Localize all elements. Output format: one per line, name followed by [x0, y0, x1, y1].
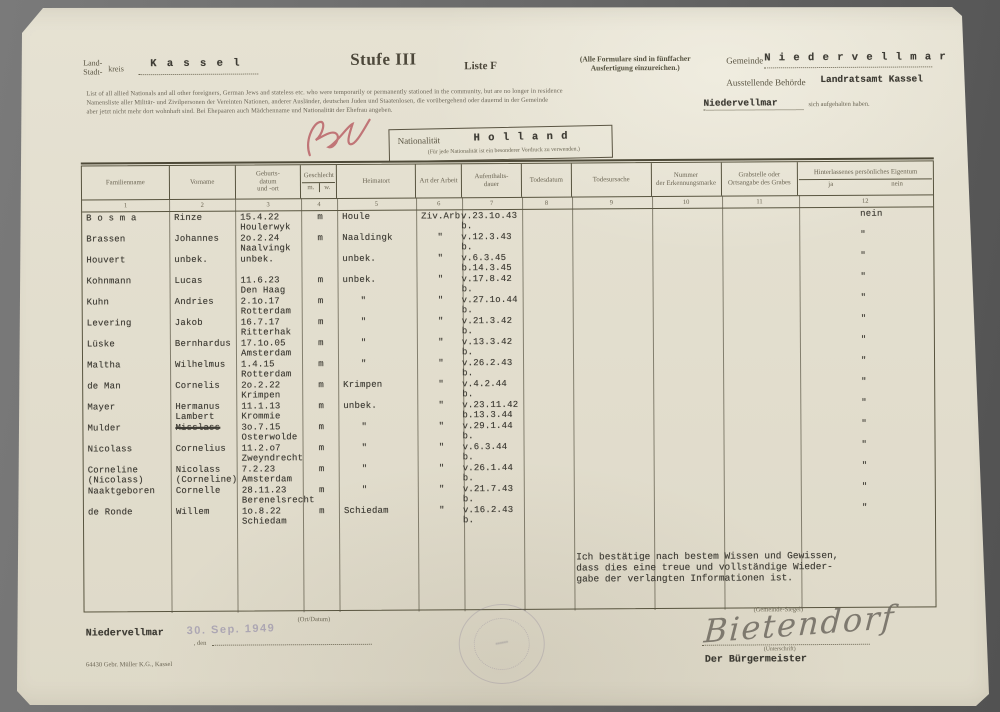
form-title-stufe: Stufe III	[350, 50, 416, 70]
table-header-row: FamiliennameVornameGeburts- datum und -o…	[82, 161, 933, 200]
cell-home: Houle	[338, 211, 417, 232]
cell-birth: 11.2.o7 Zweyndrecht	[238, 442, 304, 463]
cell-given: Wilhelmus	[171, 359, 237, 380]
cell-birth: 16.7.17 Ritterhak	[237, 316, 303, 337]
signer-title: Der Bürgermeister	[705, 654, 807, 666]
cell-surname: Corneline (Nicolass)	[84, 464, 172, 486]
cell-work: "	[417, 273, 463, 294]
col-number: 3	[236, 199, 302, 210]
cell-death-date	[522, 336, 572, 357]
cell-home: "	[340, 462, 419, 483]
col-header-sub-label: w.	[324, 184, 330, 192]
col-number: 12	[798, 195, 933, 207]
col-number: 8	[522, 198, 572, 209]
cell-grave	[721, 271, 798, 292]
col-header-label: Geschlecht	[304, 172, 334, 180]
col-header-death-cause: Todesursache	[572, 163, 652, 196]
document-content: Land- Stadt- kreis K a s s e l Stufe III…	[0, 0, 1000, 712]
cell-given: Cornelis	[171, 380, 237, 401]
col-header-given: Vorname	[170, 166, 236, 199]
col-header-label: Grabstelle oder Ortsangabe des Grabes	[728, 171, 791, 187]
cell-death-date	[522, 399, 572, 420]
cell-given: Jakob	[171, 317, 237, 338]
col-header-label: Heimatort	[362, 177, 390, 185]
cell-work: "	[418, 294, 464, 315]
col-header-label: Todesursache	[593, 176, 630, 184]
cell-home: "	[339, 420, 418, 441]
cell-death-cause	[573, 482, 653, 503]
cell-death-cause	[572, 377, 652, 398]
cell-given: Nicolass (Corneline)	[172, 464, 238, 485]
cell-property: "	[800, 501, 935, 523]
cell-home: "	[339, 358, 418, 379]
cell-surname: Kohnmann	[83, 275, 171, 297]
cell-sex: m	[302, 232, 338, 253]
cell-work: "	[419, 483, 465, 504]
cell-sex: m	[304, 442, 340, 463]
ort-datum-label: (Ort/Datum)	[298, 616, 331, 623]
kreis-label-land: Land-	[83, 58, 102, 67]
cell-grave	[722, 292, 799, 313]
cell-given: Andries	[171, 296, 237, 317]
nationality-label: Nationalität	[398, 135, 441, 146]
col-header-work: Art der Arbeit	[416, 164, 462, 197]
cell-surname: B o s m a	[82, 212, 170, 234]
cell-given: Bernhardus	[171, 338, 237, 359]
cell-grave	[723, 439, 800, 460]
col-number: 2	[170, 200, 236, 211]
cell-grave	[721, 250, 798, 271]
cell-tag-number	[652, 293, 722, 314]
cell-stay: v.29.1.44 b.	[462, 420, 522, 441]
cell-death-date	[521, 273, 571, 294]
kreis-suffix: kreis	[108, 64, 124, 73]
cell-death-cause	[572, 356, 652, 377]
cell-sex: m	[303, 358, 339, 379]
cell-property: "	[799, 312, 934, 334]
cell-sex: m	[302, 211, 338, 232]
kreis-value: K a s s e l	[150, 58, 241, 71]
cell-home: "	[339, 295, 418, 316]
cell-grave	[722, 418, 799, 439]
cell-surname: Levering	[83, 317, 171, 339]
cell-birth: 28.11.23 Berenelsrecht	[238, 484, 304, 505]
cell-tag-number	[653, 503, 723, 524]
den-label: , den	[194, 640, 207, 647]
col-header-sub: janein	[799, 178, 932, 188]
cell-death-date	[522, 357, 572, 378]
cell-stay: v.6.3.44 b.	[463, 441, 523, 462]
cell-death-date	[523, 441, 573, 462]
cell-stay: v.16.2.43 b.	[463, 504, 523, 525]
gemeinde-value: N i e d e r v e l l m a r	[764, 51, 947, 64]
cell-birth: 3o.7.15 Osterwolde	[237, 421, 303, 442]
nationality-value: H o l l a n d	[473, 131, 568, 145]
cell-grave	[722, 334, 799, 355]
cell-sex: m	[303, 379, 339, 400]
ort-line-value: Niedervellmar	[703, 97, 777, 108]
cell-tag-number	[652, 314, 722, 335]
cell-property: "	[799, 396, 934, 418]
cell-death-cause	[572, 293, 652, 314]
cell-work: "	[419, 504, 465, 525]
cell-grave	[723, 481, 800, 502]
cell-stay: v.21.3.42 b.	[462, 315, 522, 336]
cell-home: Krimpen	[339, 379, 418, 400]
cell-grave	[723, 460, 800, 481]
cell-stay: v.13.3.42 b.	[462, 336, 522, 357]
col-number: 5	[337, 199, 416, 210]
cell-death-date	[523, 483, 573, 504]
cell-sex	[302, 253, 338, 274]
cell-given: Willem	[172, 506, 238, 527]
cell-death-date	[522, 378, 572, 399]
cell-birth: 1o.8.22 Schiedam	[238, 505, 304, 526]
cell-given: Cornelle	[172, 485, 238, 506]
cell-grave	[721, 208, 798, 229]
nationality-box: Nationalität H o l l a n d (Für jede Nat…	[388, 125, 613, 162]
form-title-liste: Liste F	[464, 60, 497, 72]
cell-work: "	[417, 252, 463, 273]
official-seal-inner: ••••••	[474, 618, 530, 670]
cell-tag-number	[651, 272, 721, 293]
cell-property: "	[798, 249, 933, 271]
cell-given: Hermanus Lambert	[171, 401, 237, 422]
cell-tag-number	[651, 209, 721, 230]
col-header-label: Art der Arbeit	[419, 177, 457, 185]
cell-tag-number	[651, 251, 721, 272]
cell-stay: v.26.1.44 b.	[463, 462, 523, 483]
cell-stay: v.23.1o.43 b.	[461, 210, 521, 231]
col-header-sex: Geschlechtm.w.	[301, 165, 337, 198]
cell-grave	[722, 397, 799, 418]
cell-death-cause	[572, 398, 652, 419]
cell-stay: v.26.2.43 b.	[462, 357, 522, 378]
cell-tag-number	[652, 356, 722, 377]
col-header-label: Geburts- datum und -ort	[256, 170, 280, 193]
col-header-stay: Aufenthalts- dauer	[462, 164, 522, 197]
col-header-surname: Familienname	[82, 166, 170, 200]
col-number: 9	[572, 197, 652, 208]
col-number: 10	[652, 197, 722, 208]
cell-birth: 1.4.15 Rotterdam	[237, 358, 303, 379]
copies-notice-line1: (Alle Formulare sind in fünffacher	[560, 54, 710, 64]
cell-sex: m	[304, 484, 340, 505]
cell-property: "	[798, 228, 933, 250]
cell-home: unbek.	[338, 274, 417, 295]
cell-birth: 2o.2.24 Naalvingk	[236, 232, 302, 253]
cell-birth: 2.1o.17 Rotterdam	[237, 295, 303, 316]
cell-given: Rinze	[170, 212, 236, 233]
cell-work: "	[419, 462, 465, 483]
cell-birth: 17.1o.05 Amsterdam	[237, 337, 303, 358]
col-header-label: Aufenthalts- dauer	[474, 173, 508, 188]
col-header-birth: Geburts- datum und -ort	[235, 165, 301, 198]
cell-work: "	[418, 378, 464, 399]
cell-tag-number	[653, 440, 723, 461]
cell-surname: Maltha	[83, 359, 171, 381]
col-header-property: Hinterlassenes persönliches Eigentumjane…	[798, 161, 933, 195]
cell-sex: m	[303, 400, 339, 421]
cell-property: nein	[798, 207, 933, 229]
col-header-death-date: Todesdatum	[522, 164, 572, 197]
cell-stay: v.23.11.42 b.13.3.44	[462, 399, 522, 420]
gemeinde-underline	[764, 66, 932, 68]
cell-tag-number	[652, 398, 722, 419]
cell-death-date	[521, 210, 571, 231]
cell-surname: de Ronde	[84, 506, 172, 528]
cell-surname: Brassen	[82, 233, 170, 255]
cell-home: "	[340, 483, 419, 504]
cell-given: Johannes	[170, 233, 236, 254]
cell-tag-number	[652, 377, 722, 398]
cell-grave	[722, 355, 799, 376]
cell-surname: Naaktgeboren	[84, 485, 172, 507]
cell-death-date	[523, 504, 573, 525]
cell-stay: v.12.3.43 b.	[461, 231, 521, 252]
col-number: 11	[722, 196, 799, 207]
col-number: 4	[302, 199, 338, 210]
cell-surname: Mayer	[83, 401, 171, 423]
cell-death-cause	[572, 335, 652, 356]
cell-sex: m	[304, 505, 340, 526]
col-header-sub-label: m.	[307, 184, 314, 192]
cell-property: "	[800, 480, 935, 502]
cell-tag-number	[651, 230, 721, 251]
cell-work: "	[418, 420, 464, 441]
col-header-home: Heimatort	[337, 165, 416, 198]
ort-line-suffix: sich aufgehalten haben.	[808, 101, 869, 108]
cell-work: "	[418, 357, 464, 378]
cell-birth: 11.6.23 Den Haag	[236, 274, 302, 295]
unterschrift-label: (Unterschrift)	[764, 646, 796, 652]
cell-property: "	[800, 438, 935, 460]
cell-death-date	[523, 462, 573, 483]
cell-grave	[723, 502, 800, 523]
cell-property: "	[799, 354, 934, 376]
red-handwriting-mark	[292, 113, 402, 162]
col-header-sub-label: ja	[828, 180, 833, 188]
col-number: 6	[416, 198, 462, 209]
cell-death-cause	[571, 230, 651, 251]
cell-surname: Houvert	[82, 254, 170, 276]
cell-surname: Lüske	[83, 338, 171, 360]
cell-sex: m	[303, 421, 339, 442]
cell-given: Misslass	[171, 422, 237, 443]
kreis-underline	[138, 73, 258, 75]
cell-death-date	[522, 294, 572, 315]
col-header-grave: Grabstelle oder Ortsangabe des Grabes	[721, 162, 798, 195]
cell-death-cause	[571, 209, 651, 230]
cell-home: "	[339, 316, 418, 337]
col-number: 7	[462, 198, 522, 209]
cell-tag-number	[653, 461, 723, 482]
copies-notice: (Alle Formulare sind in fünffacher Ausfe…	[560, 54, 710, 73]
cell-given: Lucas	[170, 275, 236, 296]
col-header-label: Familienname	[106, 179, 145, 187]
cell-death-date	[522, 420, 572, 441]
cell-death-cause	[571, 272, 651, 293]
cell-death-date	[521, 231, 571, 252]
persons-table: FamiliennameVornameGeburts- datum und -o…	[81, 160, 937, 612]
cell-death-cause	[572, 419, 652, 440]
cell-birth: unbek.	[236, 253, 302, 274]
cell-given: Cornelius	[172, 443, 238, 464]
cell-given: unbek.	[170, 254, 236, 275]
cell-death-cause	[573, 440, 653, 461]
table-row: de RondeWillem1o.8.22 SchiedammSchiedam"…	[84, 501, 935, 527]
ort-line-underline	[703, 109, 803, 111]
date-stamp: 30. Sep. 1949	[186, 622, 275, 637]
cell-surname: Mulder	[83, 422, 171, 444]
cell-stay: v.4.2.44 b.	[462, 378, 522, 399]
col-header-sub: m.w.	[302, 182, 335, 192]
kreis-label: Land- Stadt-	[83, 58, 102, 76]
cell-death-cause	[572, 314, 652, 335]
col-header-label: Nummer der Erkennungsmarke	[656, 172, 716, 188]
col-header-sub-label: nein	[891, 180, 903, 188]
col-header-sub-divider	[319, 183, 320, 193]
cell-surname: Nicolass	[84, 443, 172, 465]
cell-tag-number	[652, 335, 722, 356]
cell-death-cause	[573, 461, 653, 482]
cell-property: "	[800, 459, 935, 481]
gemeinde-label: Gemeinde	[726, 55, 763, 65]
cell-stay: v.21.7.43 b.	[463, 483, 523, 504]
cell-death-cause	[573, 503, 653, 524]
cell-home: "	[340, 441, 419, 462]
official-seal: ••••••	[459, 604, 545, 685]
cell-birth: 15.4.22 Houlerwyk	[236, 211, 302, 232]
cell-property: "	[799, 417, 934, 439]
cell-surname: Kuhn	[83, 296, 171, 318]
cell-death-date	[521, 252, 571, 273]
copies-notice-line2: Ausfertigung einzureichen.)	[560, 63, 710, 73]
scan-photo: Land- Stadt- kreis K a s s e l Stufe III…	[0, 0, 1000, 712]
cell-work: "	[417, 231, 463, 252]
certification-text: Ich bestätige nach bestem Wissen und Gew…	[576, 550, 838, 585]
cell-birth: 11.1.13 Krommie	[237, 400, 303, 421]
nationality-note: (Für jede Nationalität ist ein besondere…	[400, 146, 608, 156]
col-header-tag-number: Nummer der Erkennungsmarke	[651, 163, 721, 196]
cell-tag-number	[653, 482, 723, 503]
cell-home: Schiedam	[340, 504, 419, 525]
cell-tag-number	[652, 419, 722, 440]
cell-stay: v.6.3.45 b.14.3.45	[461, 252, 521, 273]
cell-work: "	[418, 336, 464, 357]
cell-work: Ziv.Arb.	[417, 210, 463, 231]
cell-birth: 7.2.23 Amsterdam	[238, 463, 304, 484]
cell-grave	[722, 376, 799, 397]
col-header-label: Vorname	[190, 178, 214, 186]
col-header-label: Hinterlassenes persönliches Eigentum	[814, 168, 917, 176]
cell-property: "	[798, 270, 933, 292]
cell-work: "	[418, 399, 464, 420]
cell-death-cause	[571, 251, 651, 272]
cell-sex: m	[303, 337, 339, 358]
cell-home: unbek.	[339, 400, 418, 421]
cell-property: "	[799, 291, 934, 313]
col-number: 1	[82, 200, 170, 212]
cell-sex: m	[303, 316, 339, 337]
cell-death-date	[522, 315, 572, 336]
cell-sex: m	[303, 295, 339, 316]
kreis-label-stadt: Stadt-	[83, 67, 102, 76]
cell-home: "	[339, 337, 418, 358]
date-underline	[212, 644, 372, 646]
place-value: Niedervellmar	[86, 628, 164, 639]
cell-sex: m	[304, 463, 340, 484]
cell-stay: v.17.8.42 b.	[461, 273, 521, 294]
cell-property: "	[799, 333, 934, 355]
cell-stay: v.27.1o.44 b.	[462, 294, 522, 315]
printer-imprint: 64430 Gebr. Müller K.G., Kassel	[86, 661, 172, 669]
behoerde-label: Ausstellende Behörde	[726, 77, 805, 87]
cell-home: Naaldingk	[338, 232, 417, 253]
cell-grave	[722, 313, 799, 334]
cell-property: "	[799, 375, 934, 397]
cell-grave	[721, 229, 798, 250]
cell-birth: 2o.2.22 Krimpen	[237, 379, 303, 400]
cell-work: "	[419, 441, 465, 462]
official-seal-text: ••••••	[495, 640, 508, 648]
cell-work: "	[418, 315, 464, 336]
cell-home: unbek.	[338, 253, 417, 274]
document-paper: Land- Stadt- kreis K a s s e l Stufe III…	[0, 0, 1000, 712]
behoerde-value: Landratsamt Kassel	[820, 73, 923, 85]
col-header-label: Todesdatum	[530, 176, 563, 184]
cell-surname: de Man	[83, 380, 171, 402]
cell-sex: m	[302, 274, 338, 295]
